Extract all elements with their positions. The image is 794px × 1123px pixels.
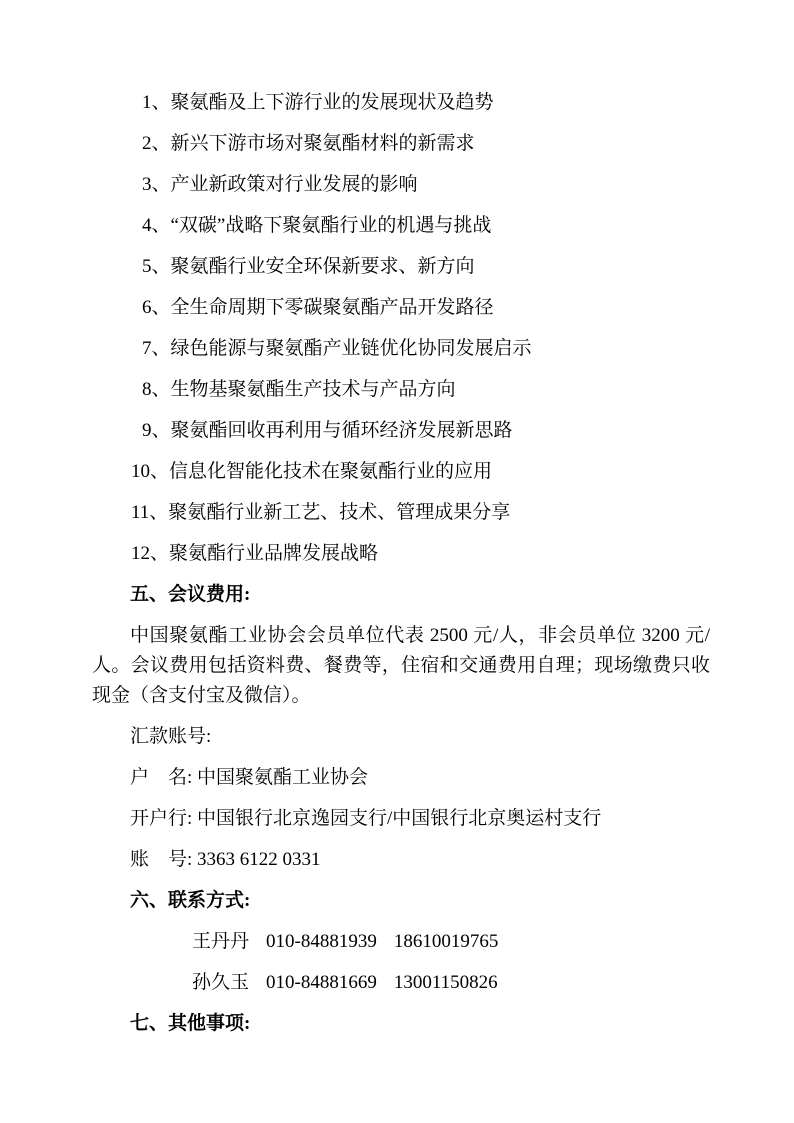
agenda-item: 3、产业新政策对行业发展的影响	[92, 170, 710, 200]
agenda-item: 1、聚氨酯及上下游行业的发展现状及趋势	[92, 88, 710, 118]
contact-row: 孙久玉010-8488166913001150826	[92, 968, 710, 998]
remittance-account-label: 汇款账号:	[92, 722, 710, 752]
agenda-list: 1、聚氨酯及上下游行业的发展现状及趋势2、新兴下游市场对聚氨酯材料的新需求3、产…	[92, 88, 710, 569]
account-number-line: 账 号: 3363 6122 0331	[92, 845, 710, 875]
bank-branch-line: 开户行: 中国银行北京逸园支行/中国银行北京奥运村支行	[92, 804, 710, 834]
section-heading-contact: 六、联系方式:	[92, 886, 710, 916]
account-name-line: 户 名: 中国聚氨酯工业协会	[92, 763, 710, 793]
contact-row: 王丹丹010-8488193918610019765	[92, 927, 710, 957]
agenda-item: 11、聚氨酯行业新工艺、技术、管理成果分享	[92, 498, 710, 528]
section-heading-fees: 五、会议费用:	[92, 580, 710, 610]
fees-paragraph: 中国聚氨酯工业协会会员单位代表 2500 元/人，非会员单位 3200 元/人。…	[92, 621, 710, 711]
contact-phone: 010-84881939	[266, 931, 377, 952]
document-content: 1、聚氨酯及上下游行业的发展现状及趋势2、新兴下游市场对聚氨酯材料的新需求3、产…	[92, 88, 710, 1039]
agenda-item: 5、聚氨酯行业安全环保新要求、新方向	[92, 252, 710, 282]
contact-mobile: 13001150826	[394, 972, 498, 993]
contact-mobile: 18610019765	[394, 931, 499, 952]
agenda-item: 12、聚氨酯行业品牌发展战略	[92, 539, 710, 569]
agenda-item: 4、“双碳”战略下聚氨酯行业的机遇与挑战	[92, 211, 710, 241]
agenda-item: 2、新兴下游市场对聚氨酯材料的新需求	[92, 129, 710, 159]
contact-list: 王丹丹010-8488193918610019765孙久玉010-8488166…	[92, 927, 710, 998]
contact-name: 孙久玉	[192, 972, 249, 993]
document-page: 1、聚氨酯及上下游行业的发展现状及趋势2、新兴下游市场对聚氨酯材料的新需求3、产…	[0, 0, 794, 1123]
contact-name: 王丹丹	[192, 931, 249, 952]
section-heading-other: 七、其他事项:	[92, 1009, 710, 1039]
agenda-item: 10、信息化智能化技术在聚氨酯行业的应用	[92, 457, 710, 487]
agenda-item: 6、全生命周期下零碳聚氨酯产品开发路径	[92, 293, 710, 323]
agenda-item: 7、绿色能源与聚氨酯产业链优化协同发展启示	[92, 334, 710, 364]
contact-phone: 010-84881669	[266, 972, 377, 993]
agenda-item: 9、聚氨酯回收再利用与循环经济发展新思路	[92, 416, 710, 446]
agenda-item: 8、生物基聚氨酯生产技术与产品方向	[92, 375, 710, 405]
